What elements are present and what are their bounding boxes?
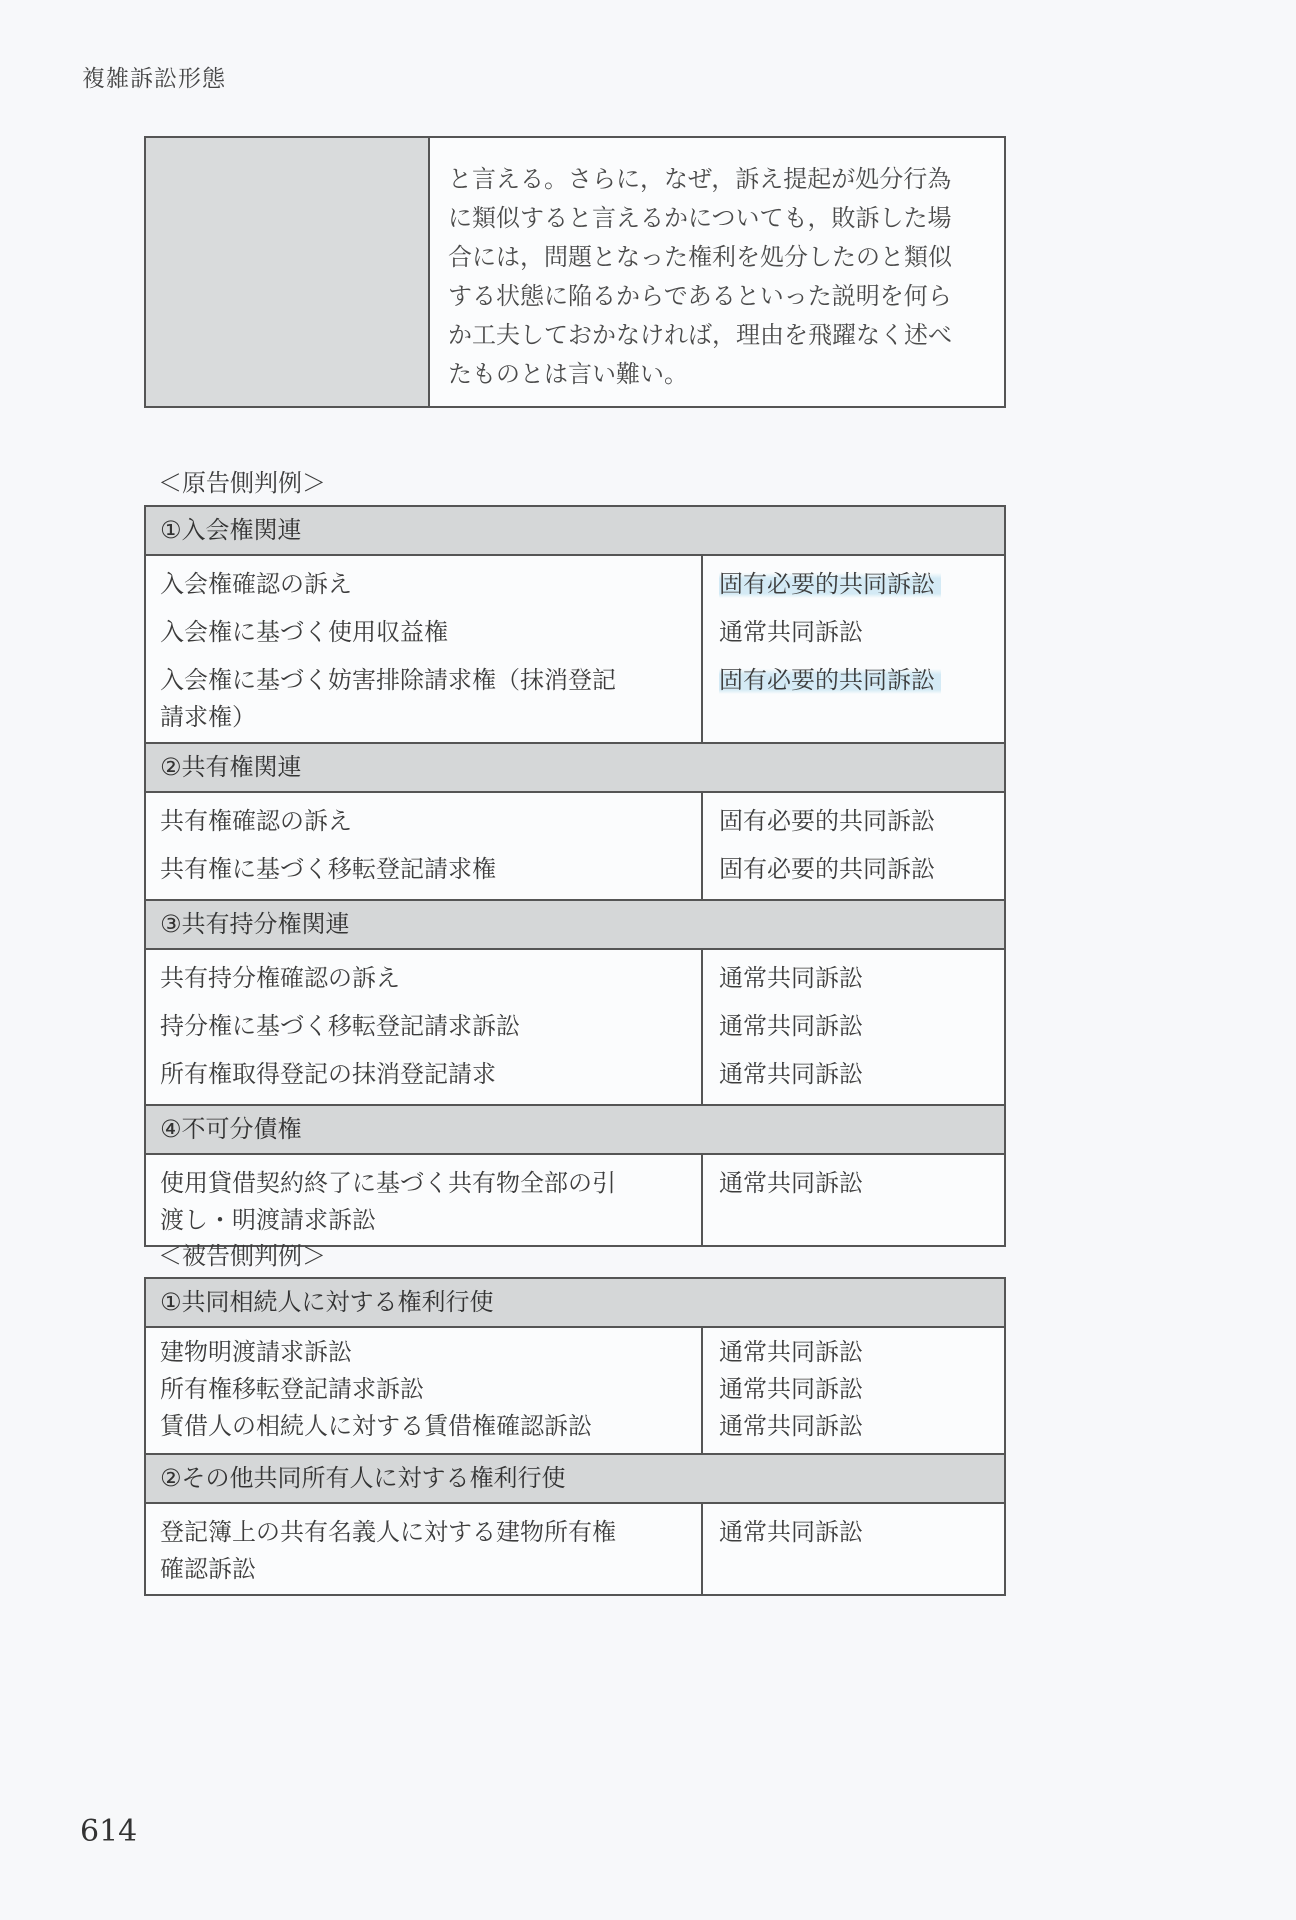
plaintiff-section-heading: ＜原告側判例＞ [158, 463, 326, 498]
litigation-type-column: 固有必要的共同訴訟 固有必要的共同訴訟 [703, 793, 1004, 899]
running-head-title: 複雑訴訟形態 [82, 60, 226, 93]
case-name: 入会権に基づく妨害排除請求権（抹消登記 [160, 662, 689, 699]
litigation-type-column: 通常共同訴訟 通常共同訴訟 通常共同訴訟 [703, 1328, 1004, 1453]
litigation-type: 通常共同訴訟 [719, 1169, 863, 1197]
group-header: ②共有権関連 [146, 744, 1004, 793]
case-name: 建物明渡請求訴訟 [160, 1334, 689, 1371]
case-name: 使用貸借契約終了に基づく共有物全部の引 [160, 1165, 689, 1202]
case-name: 共有持分権確認の訴え [160, 960, 689, 997]
note-box-shaded-cell [146, 138, 430, 406]
case-name-continued: 確認訴訟 [160, 1551, 689, 1588]
litigation-type-column: 通常共同訴訟 [703, 1504, 1004, 1594]
group-body: 登記簿上の共有名義人に対する建物所有権 確認訴訟 通常共同訴訟 [146, 1504, 1004, 1594]
litigation-type: 固有必要的共同訴訟 [719, 666, 941, 694]
litigation-type: 固有必要的共同訴訟 [719, 807, 935, 835]
note-line: と言える。さらに，なぜ，訴え提起が処分行為 [448, 160, 990, 199]
litigation-type: 通常共同訴訟 [719, 964, 863, 992]
litigation-type: 通常共同訴訟 [719, 1412, 863, 1440]
defendant-section-heading: ＜被告側判例＞ [158, 1236, 326, 1271]
case-name: 共有権確認の訴え [160, 803, 689, 840]
litigation-type-column: 通常共同訴訟 通常共同訴訟 通常共同訴訟 [703, 950, 1004, 1104]
case-name: 入会権確認の訴え [160, 566, 689, 603]
plaintiff-case-table: ①入会権関連 入会権確認の訴え 入会権に基づく使用収益権 入会権に基づく妨害排除… [144, 505, 1006, 1247]
note-box: と言える。さらに，なぜ，訴え提起が処分行為 に類似すると言えるかについても，敗訴… [144, 136, 1006, 408]
litigation-type-column: 通常共同訴訟 [703, 1155, 1004, 1245]
group-body: 共有権確認の訴え 共有権に基づく移転登記請求権 固有必要的共同訴訟 固有必要的共… [146, 793, 1004, 901]
case-name-column: 使用貸借契約終了に基づく共有物全部の引 渡し・明渡請求訴訟 [146, 1155, 703, 1245]
page-number: 614 [80, 1814, 137, 1849]
case-name: 所有権移転登記請求訴訟 [160, 1371, 689, 1408]
case-name: 登記簿上の共有名義人に対する建物所有権 [160, 1514, 689, 1551]
case-name-column: 共有権確認の訴え 共有権に基づく移転登記請求権 [146, 793, 703, 899]
case-name-continued: 請求権） [160, 699, 689, 736]
group-body: 建物明渡請求訴訟 所有権移転登記請求訴訟 賃借人の相続人に対する賃借権確認訴訟 … [146, 1328, 1004, 1455]
litigation-type: 通常共同訴訟 [719, 618, 863, 646]
case-name-column: 建物明渡請求訴訟 所有権移転登記請求訴訟 賃借人の相続人に対する賃借権確認訴訟 [146, 1328, 703, 1453]
note-line: 合には，問題となった権利を処分したのと類似 [448, 238, 990, 277]
litigation-type: 通常共同訴訟 [719, 1338, 863, 1366]
case-name: 所有権取得登記の抹消登記請求 [160, 1056, 689, 1093]
case-name: 持分権に基づく移転登記請求訴訟 [160, 1008, 689, 1045]
litigation-type: 固有必要的共同訴訟 [719, 570, 941, 598]
note-line: に類似すると言えるかについても，敗訴した場 [448, 199, 990, 238]
group-header: ③共有持分権関連 [146, 901, 1004, 950]
group-header: ②その他共同所有人に対する権利行使 [146, 1455, 1004, 1504]
case-name-column: 入会権確認の訴え 入会権に基づく使用収益権 入会権に基づく妨害排除請求権（抹消登… [146, 556, 703, 742]
case-name-continued: 渡し・明渡請求訴訟 [160, 1202, 689, 1239]
litigation-type: 通常共同訴訟 [719, 1012, 863, 1040]
defendant-case-table: ①共同相続人に対する権利行使 建物明渡請求訴訟 所有権移転登記請求訴訟 賃借人の… [144, 1277, 1006, 1596]
case-name: 入会権に基づく使用収益権 [160, 614, 689, 651]
case-name-column: 共有持分権確認の訴え 持分権に基づく移転登記請求訴訟 所有権取得登記の抹消登記請… [146, 950, 703, 1104]
group-header: ①共同相続人に対する権利行使 [146, 1279, 1004, 1328]
group-body: 共有持分権確認の訴え 持分権に基づく移転登記請求訴訟 所有権取得登記の抹消登記請… [146, 950, 1004, 1106]
group-header: ①入会権関連 [146, 507, 1004, 556]
case-name-column: 登記簿上の共有名義人に対する建物所有権 確認訴訟 [146, 1504, 703, 1594]
note-line: か工夫しておかなければ，理由を飛躍なく述べ [448, 316, 990, 355]
group-body: 入会権確認の訴え 入会権に基づく使用収益権 入会権に基づく妨害排除請求権（抹消登… [146, 556, 1004, 744]
note-line: する状態に陥るからであるといった説明を何ら [448, 277, 990, 316]
group-body: 使用貸借契約終了に基づく共有物全部の引 渡し・明渡請求訴訟 通常共同訴訟 [146, 1155, 1004, 1245]
case-name: 賃借人の相続人に対する賃借権確認訴訟 [160, 1408, 689, 1445]
litigation-type: 通常共同訴訟 [719, 1375, 863, 1403]
litigation-type: 通常共同訴訟 [719, 1060, 863, 1088]
note-line: たものとは言い難い。 [448, 355, 990, 394]
litigation-type-column: 固有必要的共同訴訟 通常共同訴訟 固有必要的共同訴訟 [703, 556, 1004, 742]
litigation-type: 通常共同訴訟 [719, 1518, 863, 1546]
group-header: ④不可分債権 [146, 1106, 1004, 1155]
litigation-type: 固有必要的共同訴訟 [719, 855, 935, 883]
note-box-text: と言える。さらに，なぜ，訴え提起が処分行為 に類似すると言えるかについても，敗訴… [430, 138, 1004, 406]
case-name: 共有権に基づく移転登記請求権 [160, 851, 689, 888]
